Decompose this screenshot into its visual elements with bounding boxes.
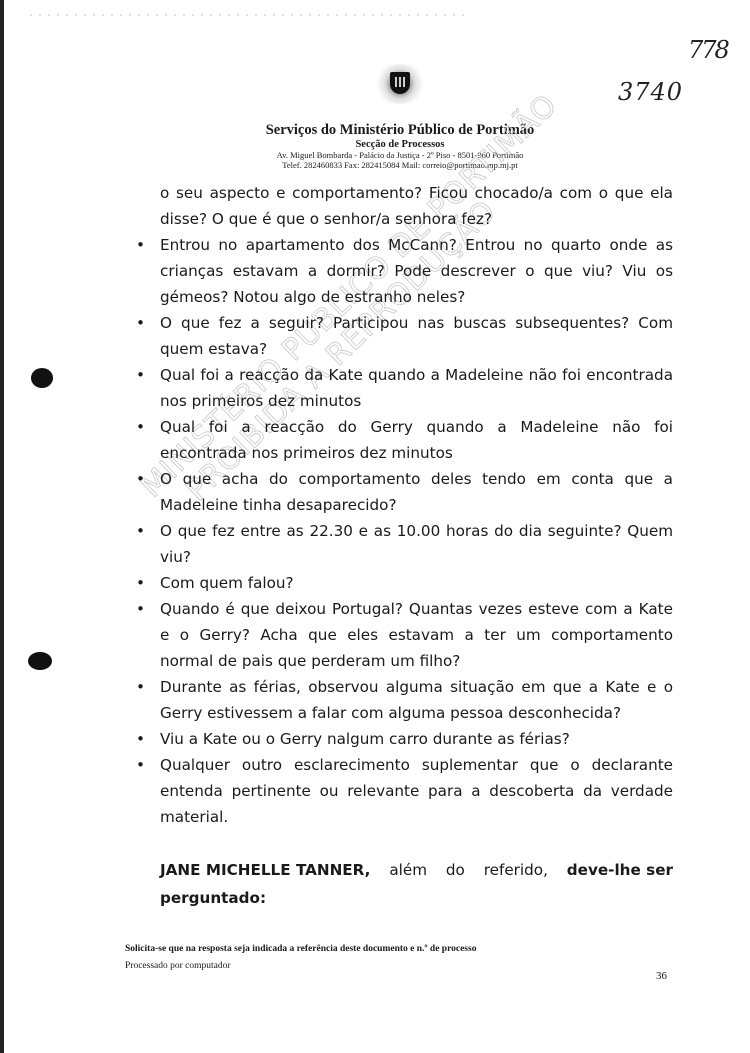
witness-name: JANE MICHELLE TANNER,: [160, 861, 370, 879]
footer-reference-note: Solicita-se que na resposta seja indicad…: [125, 941, 476, 958]
question-item: Qual foi a reacção do Gerry quando a Mad…: [160, 414, 673, 466]
question-item: O que fez a seguir? Participou nas busca…: [160, 310, 673, 362]
letterhead-subtitle: Secção de Processos: [200, 139, 600, 150]
question-item: Com quem falou?: [160, 570, 673, 596]
letterhead-address: Av. Miguel Bombarda - Palácio da Justiça…: [200, 150, 600, 160]
letterhead-contacts: Telef. 282460833 Fax: 282415084 Mail: co…: [200, 160, 600, 170]
question-item: Durante as férias, observou alguma situa…: [160, 674, 673, 726]
question-item: Entrou no apartamento dos McCann? Entrou…: [160, 232, 673, 310]
punch-hole: [28, 652, 52, 670]
document-body: o seu aspecto e comportamento? Ficou cho…: [160, 180, 673, 830]
closing-middle-text: além do referido,: [370, 861, 566, 879]
scan-edge: [0, 0, 4, 1053]
question-list: Entrou no apartamento dos McCann? Entrou…: [160, 232, 673, 830]
letterhead-title: Serviços do Ministério Público de Portim…: [200, 122, 600, 139]
question-item: Quando é que deixou Portugal? Quantas ve…: [160, 596, 673, 674]
question-item: Qual foi a reacção da Kate quando a Made…: [160, 362, 673, 414]
closing-paragraph: JANE MICHELLE TANNER, além do referido, …: [160, 856, 673, 912]
question-item: Viu a Kate ou o Gerry nalgum carro duran…: [160, 726, 673, 752]
scan-noise: [30, 14, 470, 16]
letterhead: Serviços do Ministério Público de Portim…: [200, 58, 600, 170]
handwritten-page-number: 778: [688, 36, 728, 64]
question-item: O que acha do comportamento deles tendo …: [160, 466, 673, 518]
footer-processed-note: Processado por computador: [125, 958, 476, 975]
punch-hole: [31, 368, 53, 388]
continued-paragraph: o seu aspecto e comportamento? Ficou cho…: [160, 180, 673, 232]
portugal-coat-of-arms-icon: [365, 58, 435, 118]
page-number: 36: [656, 970, 667, 982]
question-item: Qualquer outro esclarecimento suplementa…: [160, 752, 673, 830]
footer: Solicita-se que na resposta seja indicad…: [125, 941, 476, 975]
question-item: O que fez entre as 22.30 e as 10.00 hora…: [160, 518, 673, 570]
handwritten-folio-number: 3740: [618, 78, 683, 106]
